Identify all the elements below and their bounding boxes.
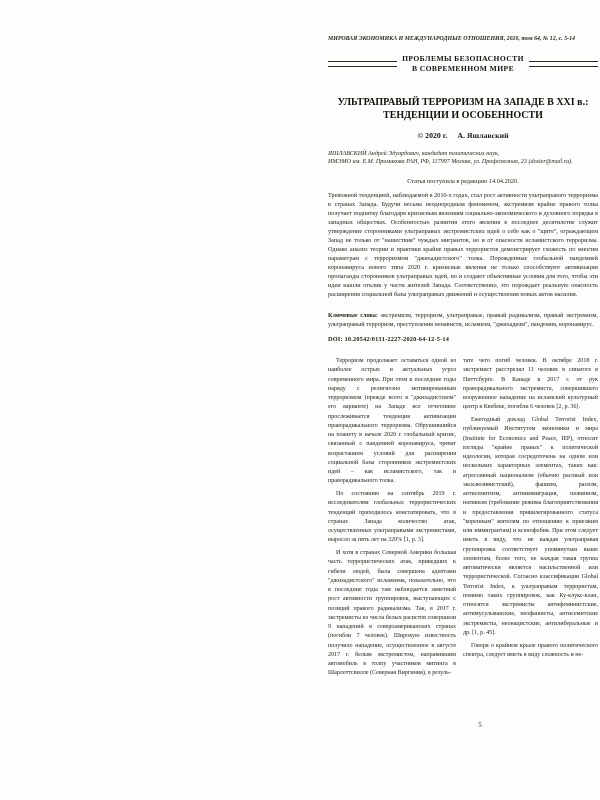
journal-page: МИРОВАЯ ЭКОНОМИКА И МЕЖДУНАРОДНЫЕ ОТНОШЕ… (328, 0, 598, 800)
paragraph: Ежегодный доклад Global Terrorist Index,… (463, 416, 598, 638)
doi-line: DOI: 10.20542/0131-2227-2020-64-12-5-14 (328, 336, 598, 343)
byline: © 2020 г.А. Яшлавский (328, 131, 598, 140)
section-title: ПРОБЛЕМЫ БЕЗОПАСНОСТИ В СОВРЕМЕННОМ МИРЕ (397, 54, 529, 73)
article-title: УЛЬТРАПРАВЫЙ ТЕРРОРИЗМ НА ЗАПАДЕ В XXI в… (328, 97, 598, 122)
body-columns: Терроризм продолжает оставаться одной из… (328, 357, 598, 682)
article-title-line1: УЛЬТРАПРАВЫЙ ТЕРРОРИЗМ НА ЗАПАДЕ В XXI в… (328, 97, 598, 110)
affiliation-line2: ИМЭМО им. Е.М. Примакова РАН, РФ, 117997… (328, 159, 598, 167)
paragraph: Терроризм продолжает оставаться одной из… (328, 357, 456, 487)
paragraph: Говоря о крайнем крыле правого политичес… (463, 642, 598, 661)
section-title-line2: В СОВРЕМЕННОМ МИРЕ (402, 64, 524, 74)
page-number: 5 (345, 721, 600, 729)
section-title-line1: ПРОБЛЕМЫ БЕЗОПАСНОСТИ (402, 54, 524, 64)
received-date-line: Статья поступила в редакцию 14.04.2020. (328, 178, 598, 185)
paragraph: И хотя в странах Северной Америки больша… (328, 549, 456, 679)
journal-header-line: МИРОВАЯ ЭКОНОМИКА И МЕЖДУНАРОДНЫЕ ОТНОШЕ… (328, 36, 529, 42)
body-column-left: Терроризм продолжает оставаться одной из… (328, 357, 456, 682)
section-rule-right (529, 61, 598, 67)
author-name: А. Яшлавский (457, 131, 508, 140)
paragraph: По состоянию на сентябрь 2019 г. исследо… (328, 490, 456, 546)
paragraph: тате чего погиб человек. В октябре 2018 … (463, 357, 598, 413)
keywords-block: Ключевые слова: экстремизм, терроризм, у… (328, 311, 598, 329)
author-affiliation: ЯШЛАВСКИЙ Андрей Эдуардович, кандидат по… (328, 151, 598, 167)
keywords-label: Ключевые слова: (328, 312, 378, 319)
copyright-year: © 2020 г. (417, 131, 447, 140)
body-column-right: тате чего погиб человек. В октябре 2018 … (463, 357, 598, 682)
section-rule-left (328, 61, 397, 67)
affiliation-line1: ЯШЛАВСКИЙ Андрей Эдуардович, кандидат по… (328, 151, 598, 159)
article-title-line2: ТЕНДЕНЦИИ И ОСОБЕННОСТИ (328, 110, 598, 123)
abstract-text: Тревожной тенденцией, наблюдаемой в 2010… (328, 191, 598, 299)
section-header-box: ПРОБЛЕМЫ БЕЗОПАСНОСТИ В СОВРЕМЕННОМ МИРЕ (328, 54, 598, 73)
